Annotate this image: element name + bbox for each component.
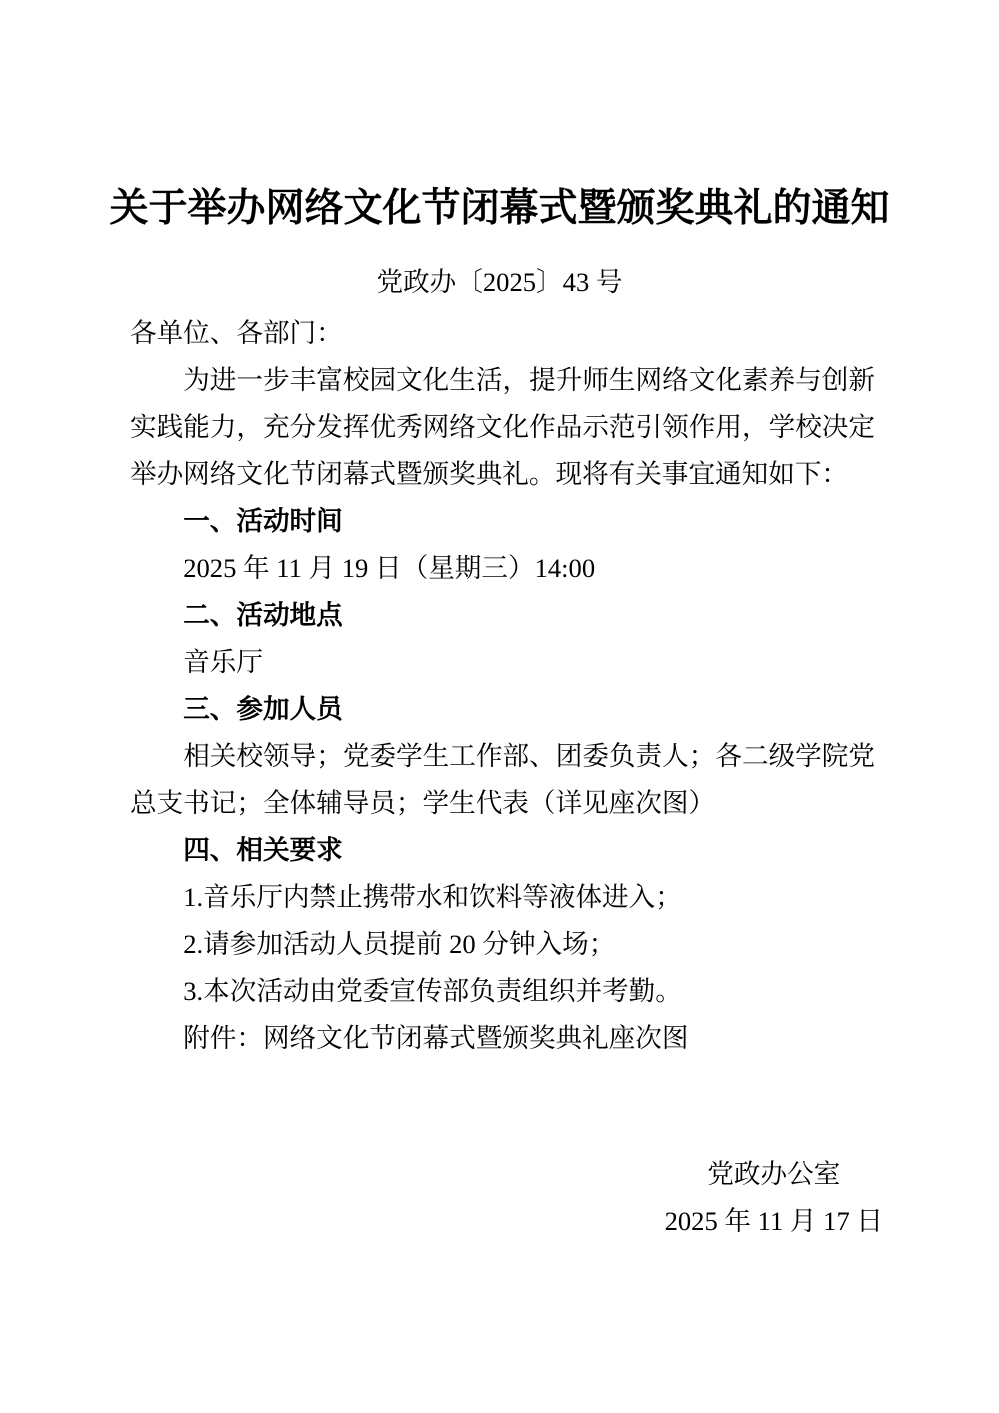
signature-date: 2025 年 11 月 17 日 xyxy=(665,1198,883,1245)
salutation: 各单位、各部门： xyxy=(130,310,875,357)
signature-block: 党政办公室 2025 年 11 月 17 日 xyxy=(665,1151,883,1245)
attachment-line: 附件：网络文化节闭幕式暨颁奖典礼座次图 xyxy=(130,1015,875,1062)
requirement-item-3: 3.本次活动由党委宣传部负责组织并考勤。 xyxy=(130,968,875,1015)
intro-paragraph: 为进一步丰富校园文化生活，提升师生网络文化素养与创新实践能力，充分发挥优秀网络文… xyxy=(130,357,875,498)
section-heading-participants: 三、参加人员 xyxy=(130,686,875,733)
document-title: 关于举办网络文化节闭幕式暨颁奖典礼的通知 xyxy=(0,185,999,233)
section-heading-time: 一、活动时间 xyxy=(130,498,875,545)
document-number: 党政办〔2025〕43 号 xyxy=(0,262,999,302)
section-content-participants: 相关校领导；党委学生工作部、团委负责人；各二级学院党总支书记；全体辅导员；学生代… xyxy=(130,733,875,827)
notice-document-page: 关于举办网络文化节闭幕式暨颁奖典礼的通知 党政办〔2025〕43 号 各单位、各… xyxy=(0,0,999,1413)
requirement-item-2: 2.请参加活动人员提前 20 分钟入场； xyxy=(130,921,875,968)
document-body: 各单位、各部门： 为进一步丰富校园文化生活，提升师生网络文化素养与创新实践能力，… xyxy=(130,310,875,1062)
signature-department: 党政办公室 xyxy=(665,1151,883,1198)
section-content-location: 音乐厅 xyxy=(130,639,875,686)
section-heading-location: 二、活动地点 xyxy=(130,592,875,639)
section-content-time: 2025 年 11 月 19 日（星期三）14:00 xyxy=(130,545,875,592)
requirement-item-1: 1.音乐厅内禁止携带水和饮料等液体进入； xyxy=(130,874,875,921)
section-heading-requirements: 四、相关要求 xyxy=(130,827,875,874)
